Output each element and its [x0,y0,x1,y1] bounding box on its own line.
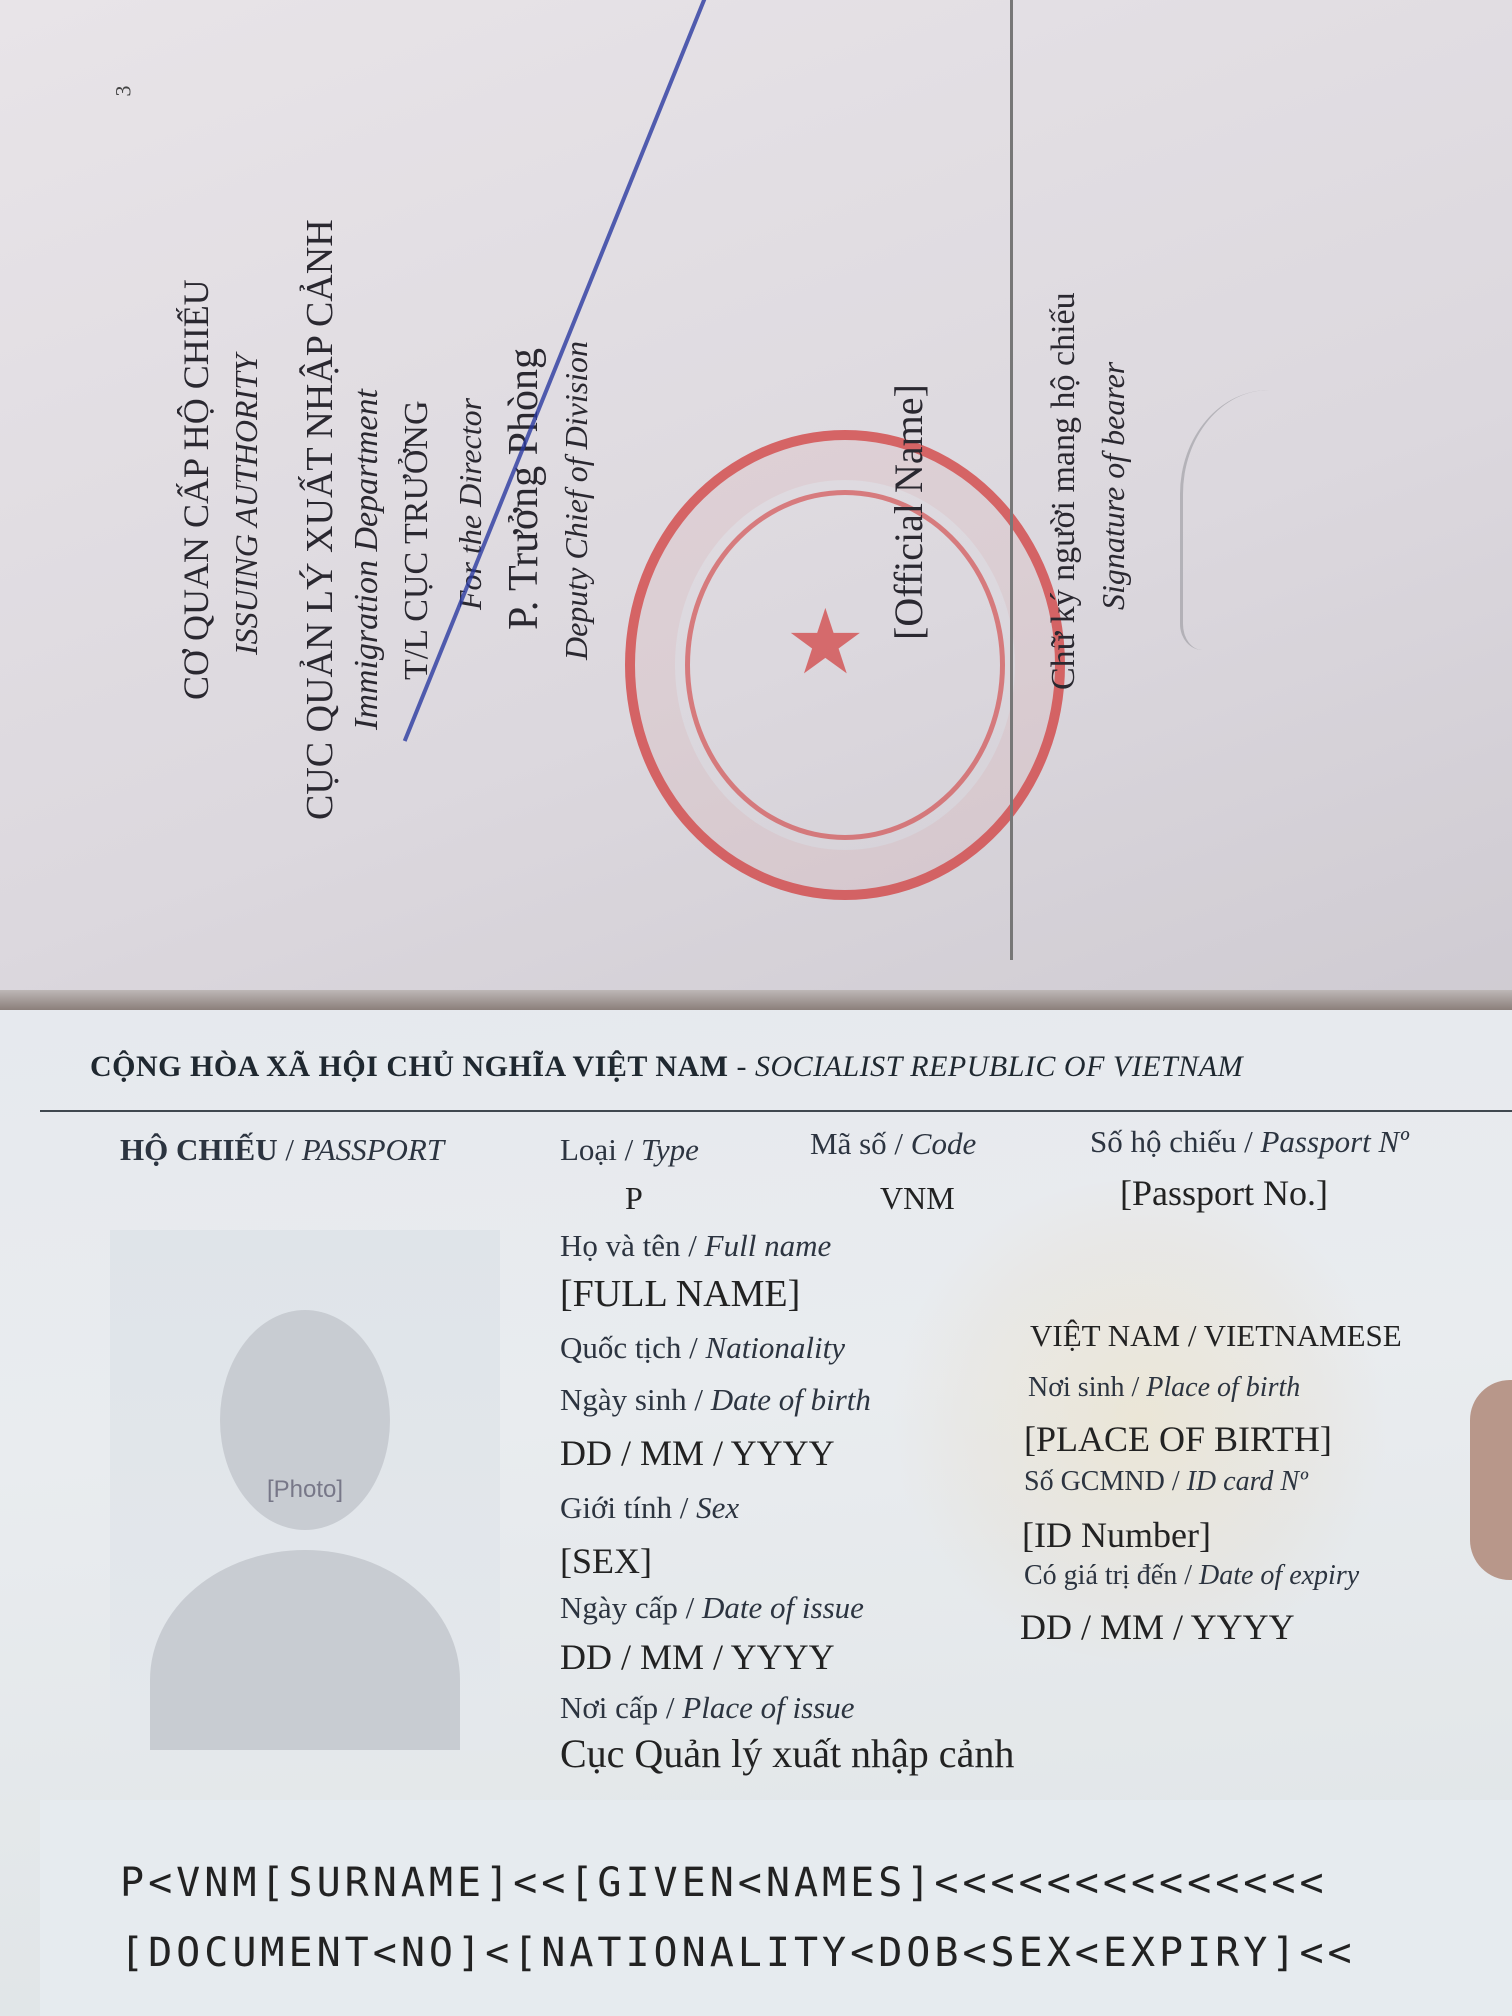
passport-no-label: Số hộ chiếu / Passport Nº [1090,1124,1409,1160]
holder-photo: [Photo] [110,1230,500,1750]
deputy-en: Deputy Chief of Division [558,341,595,660]
place-of-issue-label-vi: Nơi cấp [560,1690,658,1725]
sex-label-vi: Giới tính [560,1490,672,1525]
full-name-label-en: Full name [705,1228,832,1263]
mrz-line-2: [DOCUMENT<NO]<[NATIONALITY<DOB<SEX<EXPIR… [120,1930,1356,1976]
sex-value: [SEX] [560,1540,652,1582]
id-value: [ID Number] [1022,1514,1211,1556]
place-of-issue-label-en: Place of issue [682,1690,854,1725]
code-label: Mã số / Code [810,1126,976,1162]
page-divider [1010,0,1013,960]
full-name-value: [FULL NAME] [560,1272,800,1316]
full-name-label-vi: Họ và tên [560,1228,681,1263]
photo-body [150,1550,460,1750]
id-label-en: ID card Nº [1187,1466,1308,1497]
doc-title-vi: HỘ CHIẾU [120,1132,278,1167]
header-separator: - [728,1050,755,1083]
expiry-label: Có giá trị đến / Date of expiry [1024,1560,1359,1592]
code-label-vi: Mã số [810,1126,887,1161]
issue-date-value: DD / MM / YYYY [560,1636,835,1678]
dob-value: DD / MM / YYYY [560,1432,835,1474]
issue-date-label-en: Date of issue [702,1590,864,1625]
header-en: SOCIALIST REPUBLIC OF VIETNAM [755,1050,1243,1083]
full-name-label: Họ và tên / Full name [560,1228,831,1264]
dob-label-vi: Ngày sinh [560,1382,687,1417]
sex-label: Giới tính / Sex [560,1490,739,1526]
mrz-line-1: P<VNM[SURNAME]<<[GIVEN<NAMES]<<<<<<<<<<<… [120,1860,1328,1906]
nationality-value: VIỆT NAM / VIETNAMESE [1030,1318,1402,1354]
place-of-issue-label: Nơi cấp / Place of issue [560,1690,854,1726]
type-label: Loại / Type [560,1132,699,1168]
bearer-signature-label-vi: Chữ ký người mang hộ chiếu [1045,292,1083,690]
department-vi: CỤC QUẢN LÝ XUẤT NHẬP CẢNH [298,219,342,820]
passport-no-value: [Passport No.] [1120,1172,1328,1214]
issuing-authority-vi: CƠ QUAN CẤP HỘ CHIẾU [175,279,217,700]
signature-page: 3 CƠ QUAN CẤP HỘ CHIẾU ISSUING AUTHORITY… [0,0,1512,1010]
sex-label-en: Sex [696,1490,739,1525]
id-label: Số GCMND / ID card Nº [1024,1466,1308,1498]
place-of-issue-value: Cục Quản lý xuất nhập cảnh [560,1730,1014,1777]
expiry-label-en: Date of expiry [1199,1560,1359,1591]
nationality-label: Quốc tịch / Nationality [560,1330,845,1366]
nationality-label-vi: Quốc tịch [560,1330,681,1365]
type-label-vi: Loại [560,1132,617,1167]
country-header: CỘNG HÒA XÃ HỘI CHỦ NGHĨA VIỆT NAM - SOC… [90,1050,1490,1084]
expiry-value: DD / MM / YYYY [1020,1606,1295,1648]
photo-placeholder-text: [Photo] [267,1476,343,1504]
mrz-zone: P<VNM[SURNAME]<<[GIVEN<NAMES]<<<<<<<<<<<… [40,1800,1512,2016]
type-value: P [625,1180,643,1217]
finger [1470,1380,1512,1580]
expiry-label-vi: Có giá trị đến [1024,1560,1177,1591]
page-number: 3 [111,86,137,97]
code-value: VNM [880,1180,955,1217]
pob-label-vi: Nơi sinh [1028,1372,1124,1403]
nationality-label-en: Nationality [706,1330,846,1365]
for-director-vi: T/L CỤC TRƯỞNG [398,400,436,680]
issuing-authority-en: ISSUING AUTHORITY [228,354,265,655]
bearer-signature-label-en: Signature of bearer [1095,362,1132,610]
doc-title: HỘ CHIẾU / PASSPORT [120,1132,444,1168]
department-en: Immigration Department [348,389,386,730]
pob-label-en: Place of birth [1146,1372,1300,1403]
id-label-vi: Số GCMND [1024,1466,1165,1497]
star-icon: ★ [785,590,866,695]
header-rule [40,1110,1512,1112]
type-label-en: Type [641,1132,699,1167]
header-vi: CỘNG HÒA XÃ HỘI CHỦ NGHĨA VIỆT NAM [90,1050,728,1083]
code-label-en: Code [911,1126,976,1161]
bearer-signature [1180,390,1403,650]
doc-title-en: PASSPORT [302,1132,444,1167]
passport-no-label-en: Passport Nº [1261,1124,1409,1159]
pob-label: Nơi sinh / Place of birth [1028,1372,1300,1404]
issue-date-label-vi: Ngày cấp [560,1590,678,1625]
dob-label-en: Date of birth [711,1382,871,1417]
pob-value: [PLACE OF BIRTH] [1024,1418,1332,1460]
passport-no-label-vi: Số hộ chiếu [1090,1124,1236,1159]
dob-label: Ngày sinh / Date of birth [560,1382,871,1418]
issue-date-label: Ngày cấp / Date of issue [560,1590,864,1626]
official-stamp: ★ [625,430,1065,900]
official-name: [Official Name] [885,384,932,640]
